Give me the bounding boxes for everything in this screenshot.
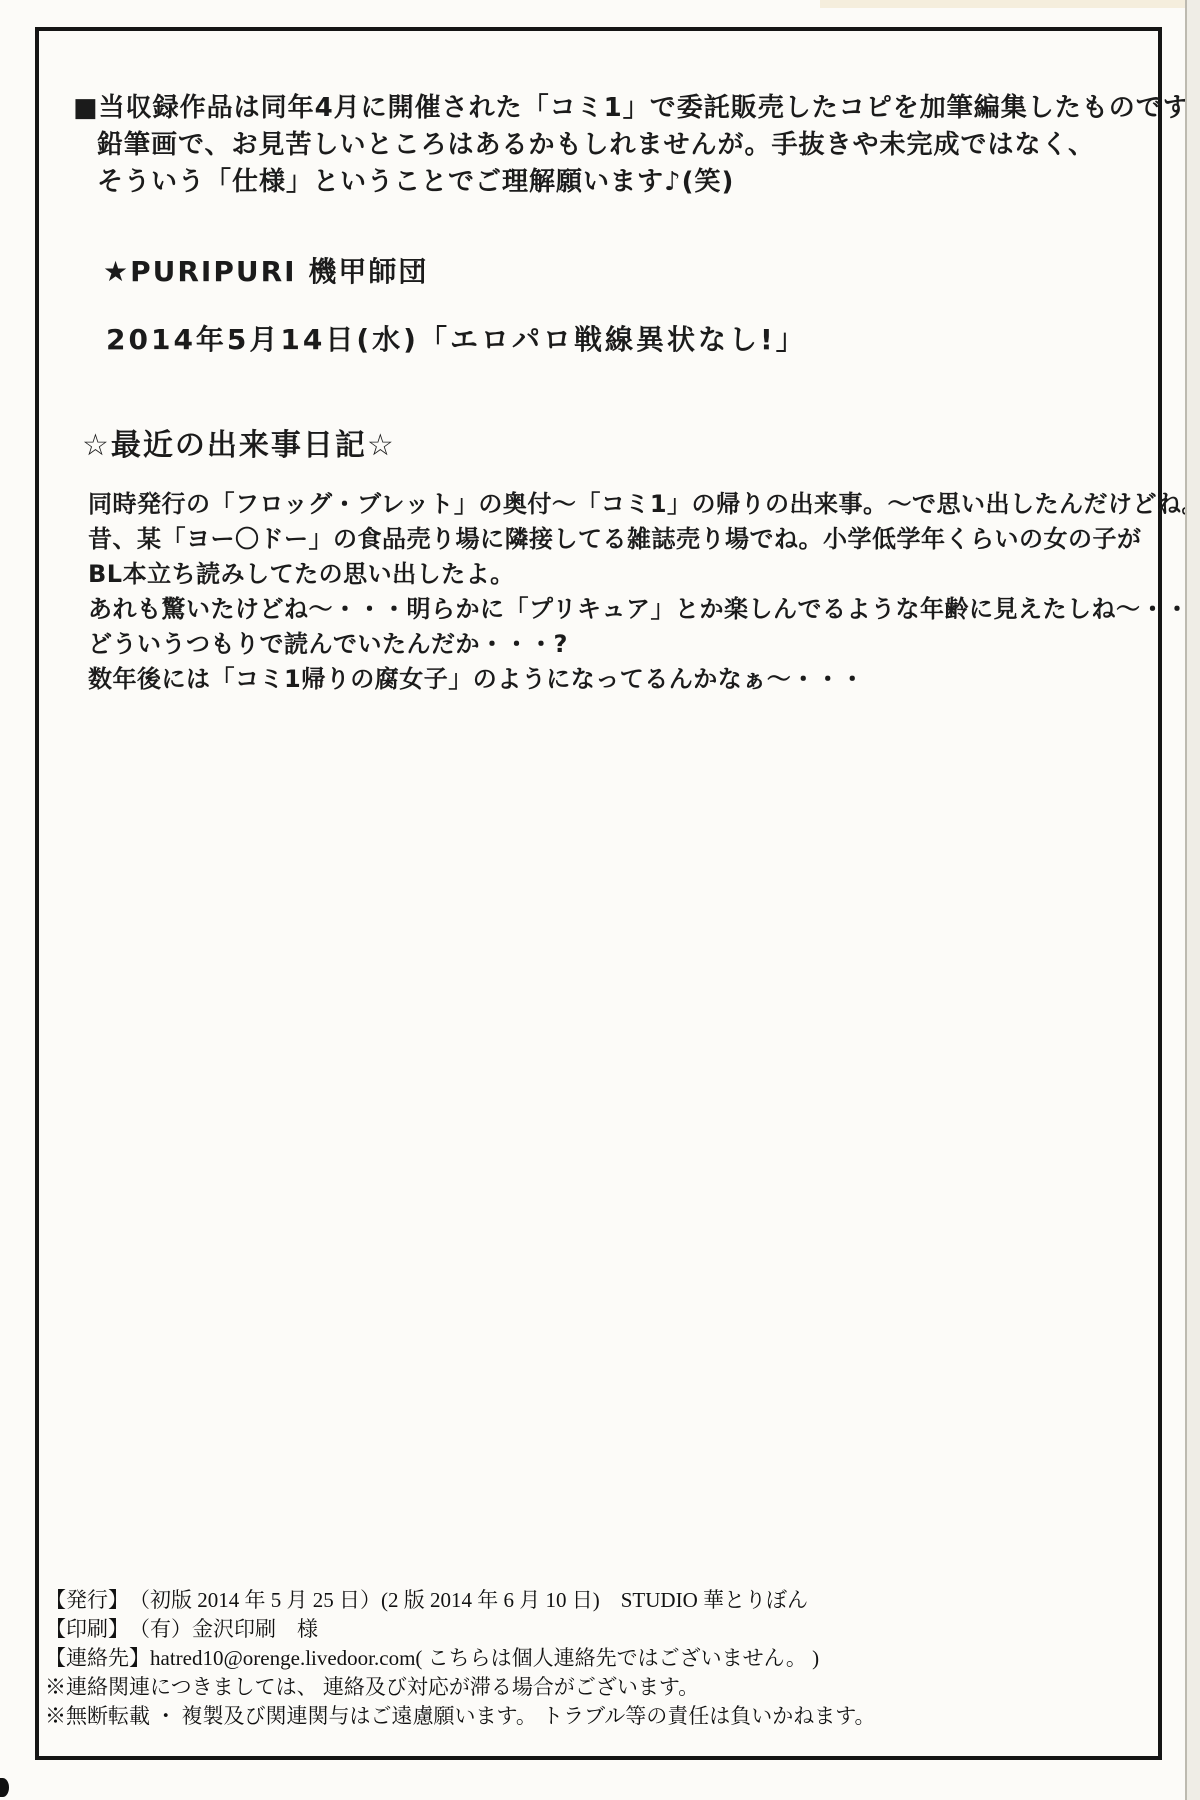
circle-name: ★PURIPURI 機甲師団 (103, 250, 428, 290)
scan-corner-mark (0, 1778, 9, 1797)
publisher-label: 【発行】 (45, 1586, 129, 1615)
intro-line-1: ■当収録作品は同年4月に開催された「コミ1」で委託販売したコピを加筆編集したもの… (73, 90, 1200, 127)
colophon-note-2: ※無断転載 ・ 複製及び関連関与はご遠慮願います。 トラブル等の責任は負いかねま… (45, 1702, 1145, 1731)
intro-paragraph: ■当収録作品は同年4月に開催された「コミ1」で委託販売したコピを加筆編集したもの… (73, 90, 1200, 201)
colophon-block: 【発行】 （初版 2014 年 5 月 25 日）(2 版 2014 年 6 月… (45, 1586, 1145, 1731)
publisher-value: （初版 2014 年 5 月 25 日）(2 版 2014 年 6 月 10 日… (129, 1586, 1145, 1615)
diary-line-3: BL本立ち読みしてたの思い出したよ。 (88, 557, 1200, 592)
colophon-row-publisher: 【発行】 （初版 2014 年 5 月 25 日）(2 版 2014 年 6 月… (45, 1586, 1145, 1615)
colophon-row-printer: 【印刷】 （有）金沢印刷 様 (45, 1615, 1145, 1644)
diary-line-2: 昔、某「ヨー〇ドー」の食品売り場に隣接してる雑誌売り場でね。小学低学年くらいの女… (88, 522, 1200, 557)
diary-line-5: どういうつもりで読んでいたんだか・・・? (88, 627, 1200, 662)
diary-line-4: あれも驚いたけどね〜・・・明らかに「プリキュア」とか楽しんでるような年齢に見えた… (88, 592, 1200, 627)
scan-right-edge-line (1185, 0, 1187, 1800)
scan-right-paper-edge (1187, 0, 1200, 1800)
printer-label: 【印刷】 (45, 1615, 129, 1644)
intro-line-2: 鉛筆画で、お見苦しいところはあるかもしれませんが。手抜きや未完成ではなく、 (97, 127, 1200, 164)
diary-line-6: 数年後には「コミ1帰りの腐女子」のようになってるんかなぁ〜・・・ (88, 662, 1200, 697)
scanned-doujinshi-afterword-page: ■当収録作品は同年4月に開催された「コミ1」で委託販売したコピを加筆編集したもの… (0, 0, 1200, 1800)
diary-line-1: 同時発行の「フロッグ・ブレット」の奥付〜「コミ1」の帰りの出来事。〜で思い出した… (88, 487, 1200, 522)
event-date-line: 2014年5月14日(水)「エロパロ戦線異状なし!」 (106, 318, 807, 358)
diary-heading: ☆最近の出来事日記☆ (82, 420, 396, 464)
colophon-row-contact: 【連絡先】 hatred10@orenge.livedoor.com( こちらは… (45, 1644, 1145, 1673)
printer-value: （有）金沢印刷 様 (129, 1615, 1145, 1644)
contact-label: 【連絡先】 (45, 1644, 150, 1673)
colophon-note-1: ※連絡関連につきましては、 連絡及び対応が滞る場合がございます。 (45, 1673, 1145, 1702)
intro-line-3: そういう「仕様」ということでご理解願います♪(笑) (97, 164, 1200, 201)
scan-top-tint (820, 0, 1200, 8)
contact-email-value: hatred10@orenge.livedoor.com( こちらは個人連絡先で… (150, 1644, 1145, 1673)
diary-paragraph: 同時発行の「フロッグ・ブレット」の奥付〜「コミ1」の帰りの出来事。〜で思い出した… (88, 487, 1200, 697)
